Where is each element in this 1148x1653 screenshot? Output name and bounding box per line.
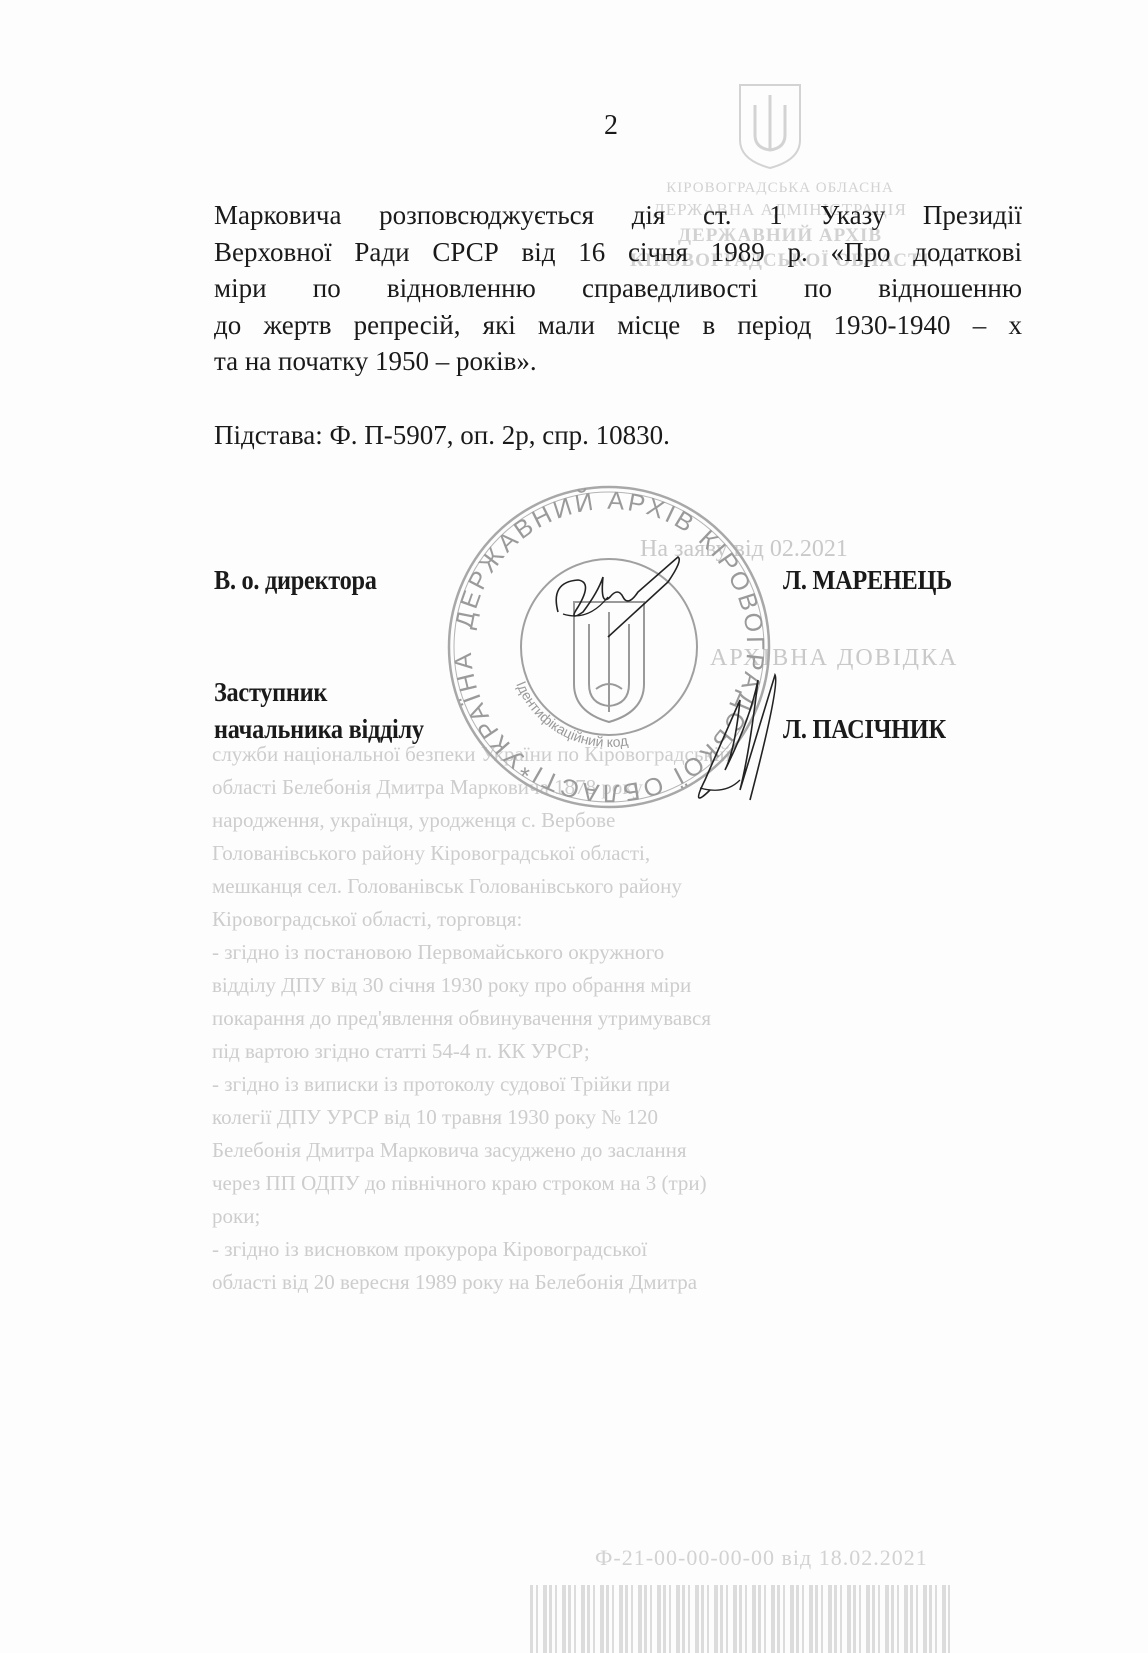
official-stamp: ДЕРЖАВНИЙ АРХІВ КІРОВОГРАДСЬКОЇ ОБЛАСТІ*… [446,484,772,810]
signatory-title-deputy: Заступник [214,677,327,708]
basis-reference: Підстава: Ф. П-5907, оп. 2р, спр. 10830. [214,420,670,451]
body-line: та на початку 1950 – років». [214,343,1022,380]
barcode [530,1585,950,1653]
body-line: до жертв репресій, які мали місце в пері… [214,307,1022,344]
trident-emblem-icon [574,602,644,722]
signatory-title-director: В. о. директора [214,565,377,596]
signatory-name-director: Л. МАРЕНЕЦЬ [783,565,952,596]
document-page: КІРОВОГРАДСЬКА ОБЛАСНА ДЕРЖАВНА АДМІНІСТ… [0,0,1148,1653]
signatory-title-deputy-department: начальника відділу [214,714,424,745]
bleed-document-code: Ф-21-00-00-00-00 від 18.02.2021 [595,1545,928,1571]
signatory-name-deputy: Л. ПАСІЧНИК [783,714,946,745]
svg-text:Ідентифікаційний код: Ідентифікаційний код [513,679,629,750]
trident-emblem-icon [735,80,805,170]
body-paragraph: Марковича розповсюджується дія ст. 1 Ука… [214,197,1022,380]
body-line: Верховної Ради СРСР від 16 січня 1989 р.… [214,234,1022,271]
body-line: міри по відновленню справедливості по ві… [214,270,1022,307]
bleed-header-line: КІРОВОГРАДСЬКА ОБЛАСНА [600,180,960,197]
body-line: Марковича розповсюджується дія ст. 1 Ука… [214,197,1022,234]
page-number: 2 [604,110,618,142]
bleed-body: служби національної безпеки України по К… [212,738,1072,1299]
svg-text:ДЕРЖАВНИЙ АРХІВ КІРОВОГРАДСЬКО: ДЕРЖАВНИЙ АРХІВ КІРОВОГРАДСЬКОЇ ОБЛАСТІ*… [446,484,769,807]
